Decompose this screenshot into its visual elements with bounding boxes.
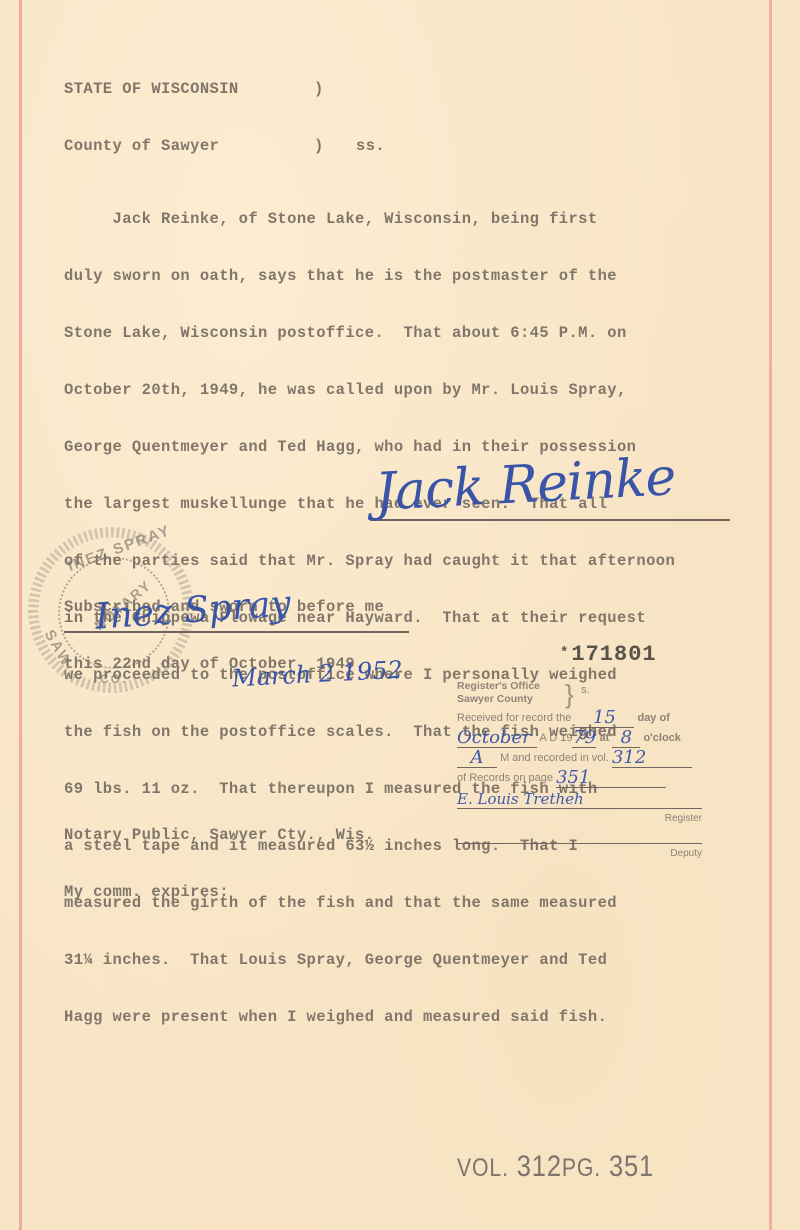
- vol-number: 312: [517, 1150, 562, 1183]
- received-year: 79: [572, 729, 596, 748]
- at-label: at: [600, 732, 610, 744]
- recorded-page: 351: [556, 769, 666, 788]
- body-line: duly sworn on oath, says that he is the …: [64, 267, 675, 286]
- received-hour: 8: [612, 729, 640, 748]
- register-county-label: Sawyer County: [457, 693, 702, 706]
- received-day: 15: [574, 709, 634, 728]
- body-line: Hagg were present when I weighed and mea…: [64, 1008, 675, 1027]
- vol-label: VOL.: [457, 1154, 509, 1182]
- jurat-line: My comm. expires:: [64, 883, 384, 902]
- venue-caption: STATE OF WISCONSIN ) County of Sawyer ) …: [64, 42, 385, 175]
- document-number: *171801: [560, 642, 657, 667]
- register-brace: }: [565, 682, 574, 706]
- recorded-volume: 312: [612, 749, 692, 768]
- register-office-label: Register's Office: [457, 680, 702, 693]
- caption-brace: ): [314, 137, 356, 156]
- caption-brace: ): [314, 80, 356, 99]
- oclock-label: o'clock: [643, 732, 680, 744]
- register-signature: E. Louis Tretheh: [457, 790, 657, 808]
- register-recording-stamp: Register's Office Sawyer County } s. Rec…: [457, 680, 702, 864]
- deputy-label: Deputy: [457, 844, 702, 864]
- pg-number: 351: [609, 1150, 654, 1183]
- body-line: Stone Lake, Wisconsin postoffice. That a…: [64, 324, 675, 343]
- jurat-line: [64, 769, 384, 788]
- body-line: October 20th, 1949, he was called upon b…: [64, 381, 675, 400]
- state-label: STATE OF WISCONSIN: [64, 80, 314, 99]
- right-margin-rule: [769, 0, 772, 1230]
- deputy-signature-line: [457, 829, 702, 844]
- pg-label: PG.: [562, 1154, 601, 1182]
- register-ss: s.: [581, 684, 590, 696]
- records-label: of Records on page: [457, 772, 553, 784]
- received-meridiem: A: [457, 749, 497, 768]
- document-number-value: 171801: [571, 642, 656, 667]
- day-of-label: day of: [637, 712, 669, 724]
- body-line: 31¼ inches. That Louis Spray, George Que…: [64, 951, 675, 970]
- document-number-mark: *: [560, 645, 569, 661]
- left-margin-rule: [19, 0, 22, 1230]
- ss-label: ss.: [356, 137, 385, 156]
- received-month: October: [457, 729, 537, 748]
- received-label: Received for record the: [457, 712, 571, 724]
- ad-label: A D 19: [539, 732, 572, 744]
- jurat-line: [64, 712, 384, 731]
- recorded-label: M and recorded in vol.: [500, 752, 609, 764]
- volume-page-stamp: VOL. 312PG. 351: [457, 1150, 654, 1184]
- jurat-line: Notary Public, Sawyer Cty., Wis.: [64, 826, 384, 845]
- county-label: County of Sawyer: [64, 137, 314, 156]
- body-line: Jack Reinke, of Stone Lake, Wisconsin, b…: [64, 210, 675, 229]
- register-label: Register: [457, 809, 702, 829]
